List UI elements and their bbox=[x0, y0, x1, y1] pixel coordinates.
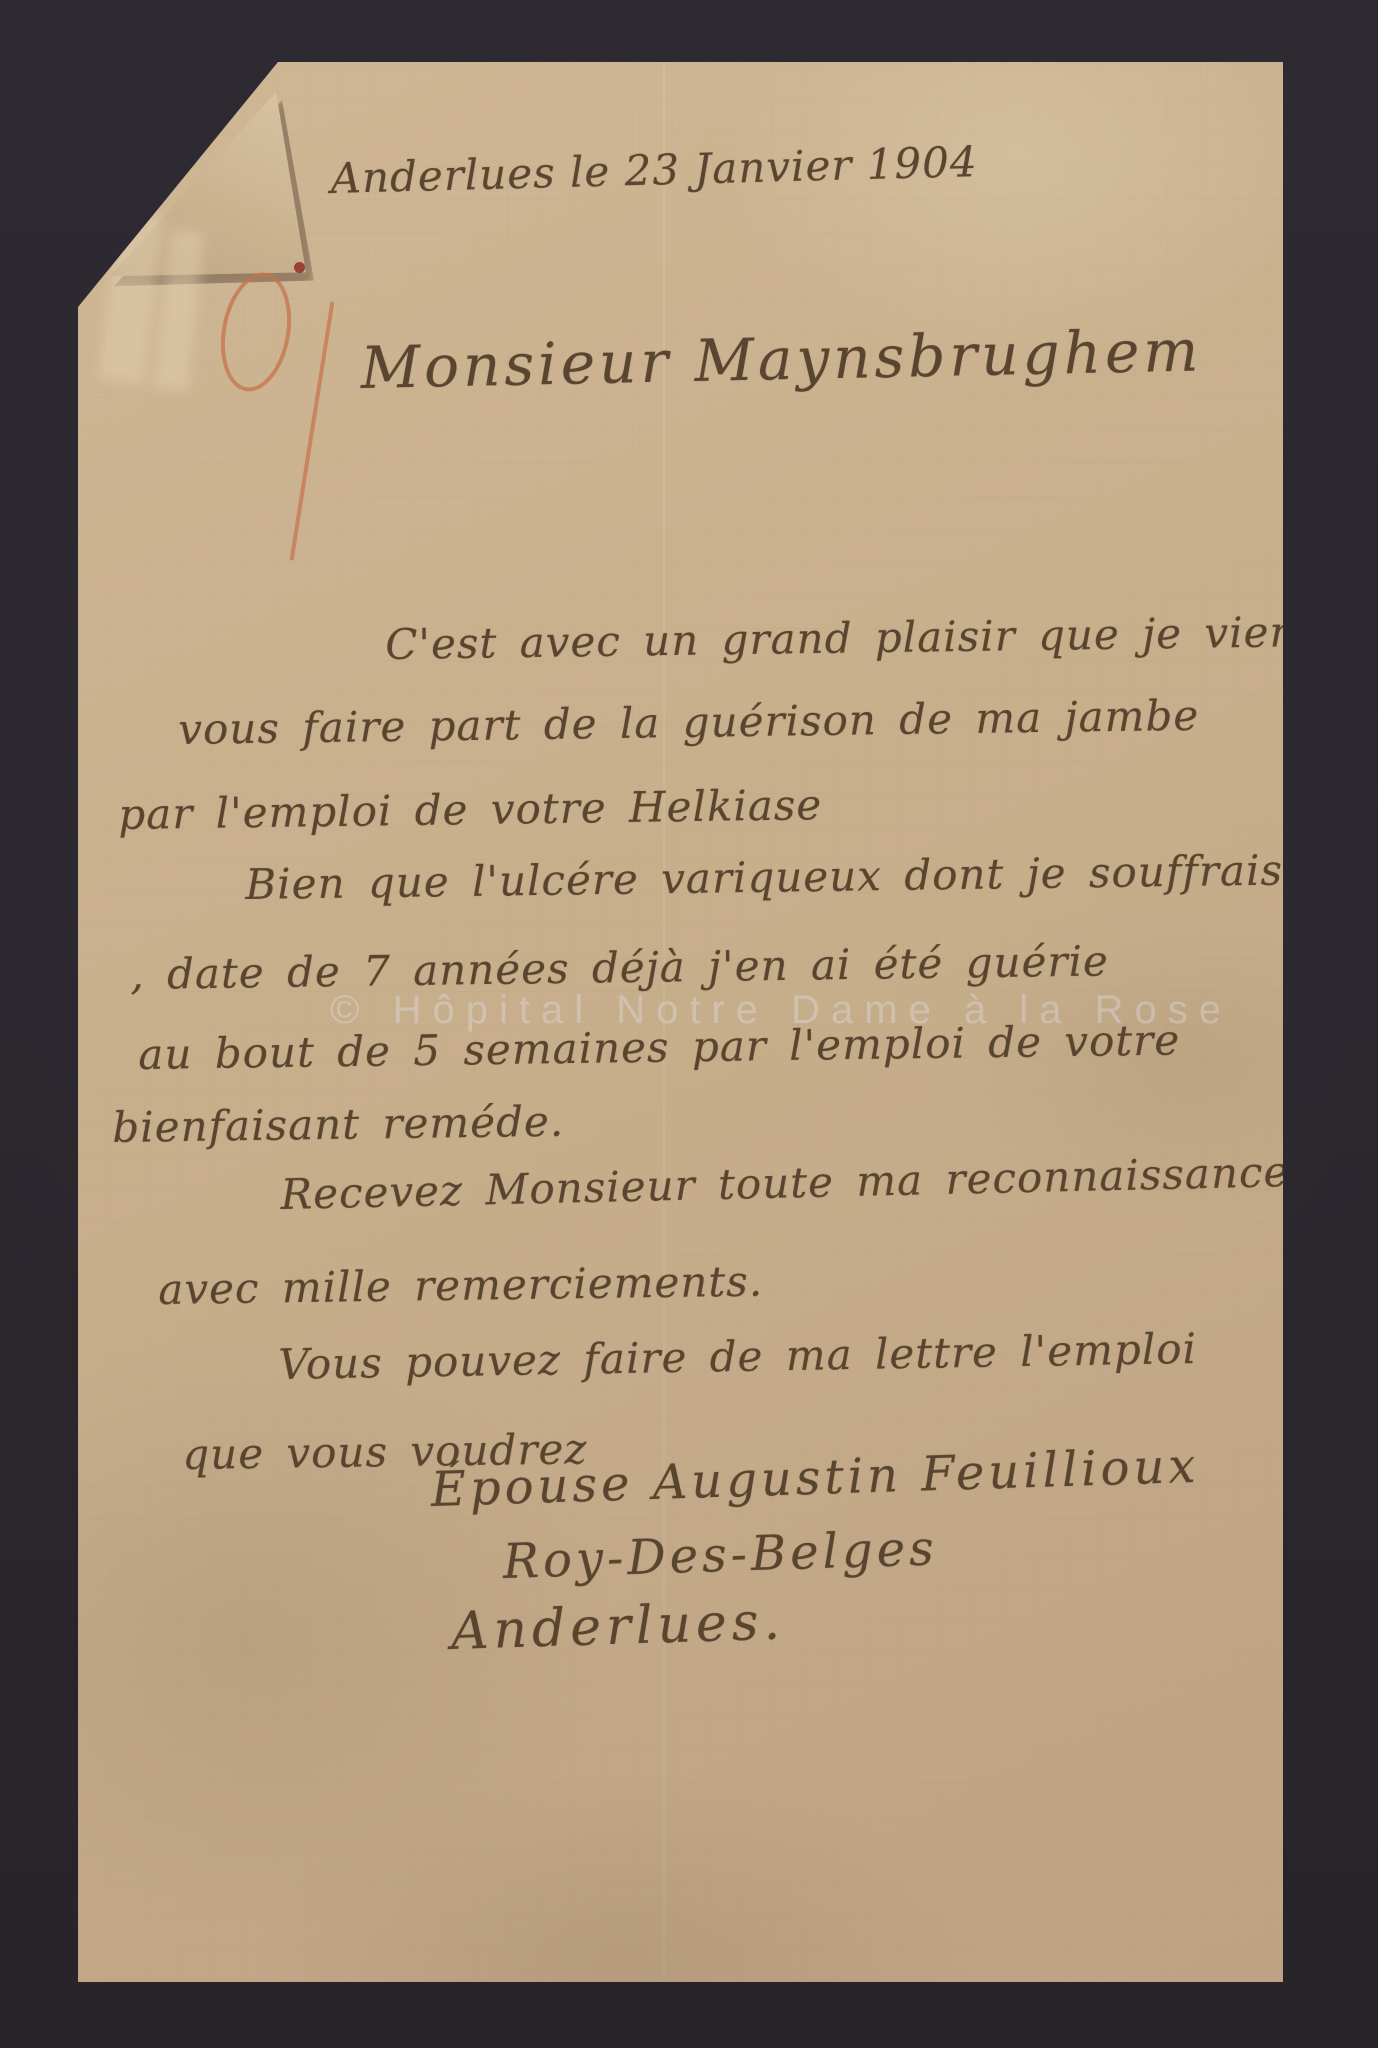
red-circle-mark bbox=[212, 267, 300, 397]
dateline: Anderlues le 23 Janvier 1904 bbox=[330, 137, 978, 203]
body-line: avec mille remerciements. bbox=[158, 1257, 763, 1314]
salutation: Monsieur Maynsbrughem bbox=[360, 316, 1203, 402]
scan-background: Anderlues le 23 Janvier 1904 Monsieur Ma… bbox=[0, 0, 1378, 2048]
tape-stain bbox=[98, 210, 164, 384]
red-slash-mark bbox=[290, 301, 335, 560]
body-line: Vous pouvez faire de ma lettre l'emploi bbox=[278, 1324, 1197, 1389]
body-line: C'est avec un grand plaisir que je viens bbox=[385, 607, 1320, 669]
red-wax-dot bbox=[294, 262, 305, 273]
body-line: par l'emploi de votre Helkiase bbox=[118, 780, 823, 839]
body-line: Bien que l'ulcére variqueux dont je souf… bbox=[245, 846, 1283, 909]
body-line: bienfaisant reméde. bbox=[112, 1097, 564, 1152]
watermark: © Hôpital Notre Dame à la Rose bbox=[330, 988, 1232, 1033]
body-line: Recevez Monsieur toute ma reconnaissance bbox=[280, 1147, 1290, 1219]
signature-line: Roy-Des-Belges bbox=[502, 1520, 938, 1590]
signature-line: Anderlues. bbox=[450, 1592, 786, 1662]
body-line: vous faire part de la guérison de ma jam… bbox=[178, 691, 1199, 754]
